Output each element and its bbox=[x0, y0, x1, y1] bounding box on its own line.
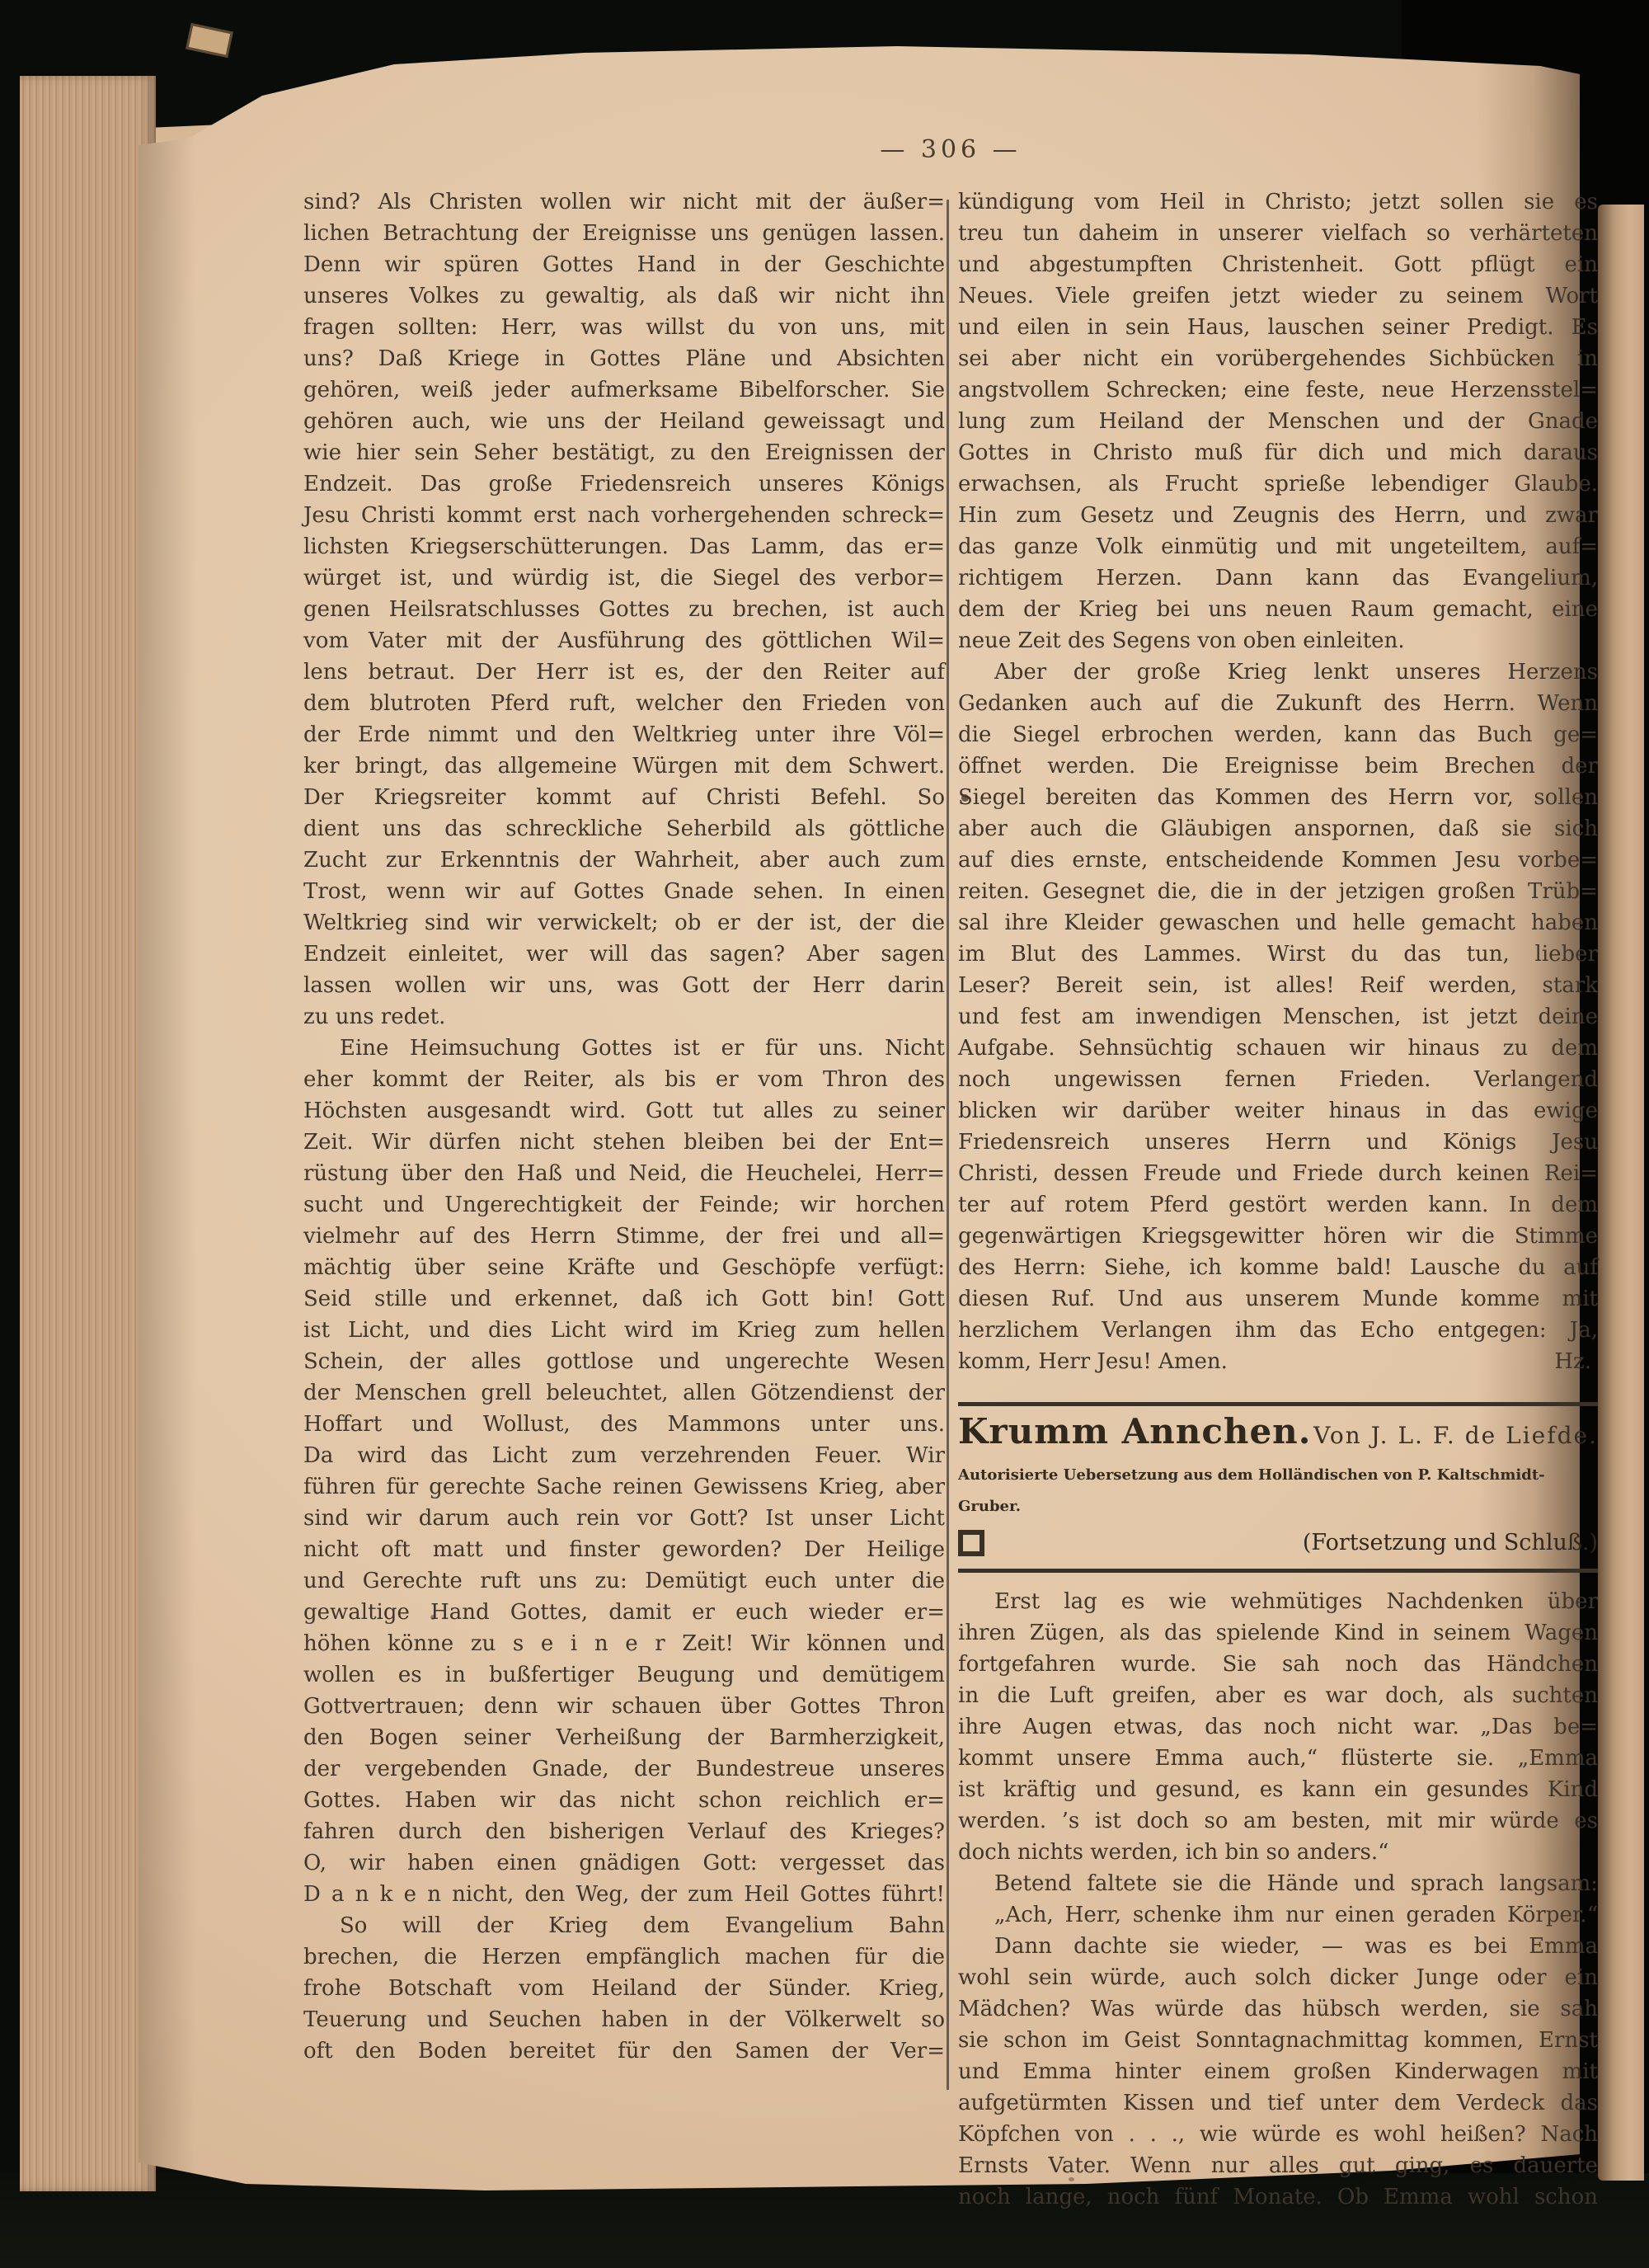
text-line: fortgefahren wurde. Sie sah noch das Hän… bbox=[958, 1649, 1598, 1680]
paragraph: Aber der große Krieg lenkt unseres Herze… bbox=[958, 656, 1598, 1377]
text-line: und abgestumpften Christenheit. Gott pfl… bbox=[958, 249, 1598, 280]
text-line: diesen Ruf. Und aus unserem Munde komme … bbox=[958, 1283, 1598, 1315]
text-line: Erst lag es wie wehmütiges Nachdenken üb… bbox=[958, 1586, 1598, 1617]
right-column: kündigung vom Heil in Christo; jetzt sol… bbox=[958, 186, 1598, 2213]
text-line: sind? Als Christen wollen wir nicht mit … bbox=[303, 186, 945, 218]
text-line: auf dies ernste, entscheidende Kommen Je… bbox=[958, 845, 1598, 876]
text-line: herzlichem Verlangen ihm das Echo entgeg… bbox=[958, 1315, 1598, 1346]
text-line: kündigung vom Heil in Christo; jetzt sol… bbox=[958, 186, 1598, 218]
text-line: kommt unsere Emma auch,“ flüsterte sie. … bbox=[958, 1743, 1598, 1774]
text-line: O, wir haben einen gnädigen Gott: verges… bbox=[303, 1847, 945, 1879]
text-line: unseres Volkes zu gewaltig, als daß wir … bbox=[303, 280, 945, 312]
text-line: mächtig über seine Kräfte und Geschöpfe … bbox=[303, 1252, 945, 1283]
text-line: Schein, der alles gottlose und ungerecht… bbox=[303, 1346, 945, 1377]
adjacent-page-edge bbox=[1598, 205, 1644, 2181]
text-line: Weltkrieg sind wir verwickelt; ob er der… bbox=[303, 907, 945, 939]
text-line: Zucht zur Erkenntnis der Wahrheit, aber … bbox=[303, 845, 945, 876]
left-column: sind? Als Christen wollen wir nicht mit … bbox=[303, 186, 945, 2067]
text-line: ihre Augen etwas, das noch nicht war. „D… bbox=[958, 1711, 1598, 1743]
text-line: im Blut des Lammes. Wirst du das tun, li… bbox=[958, 939, 1598, 970]
text-line: sie schon im Geist Sonntagnachmittag kom… bbox=[958, 2025, 1598, 2056]
text-line: und eilen in sein Haus, lauschen seiner … bbox=[958, 312, 1598, 343]
text-line: fahren durch den bisherigen Verlauf des … bbox=[303, 1816, 945, 1847]
text-line: noch lange, noch fünf Monate. Ob Emma wo… bbox=[958, 2181, 1598, 2213]
text-line: Jesu Christi kommt erst nach vorhergehen… bbox=[303, 500, 945, 531]
text-line: Eine Heimsuchung Gottes ist er für uns. … bbox=[303, 1033, 945, 1064]
text-line: Köpfchen von . . ., wie würde es wohl he… bbox=[958, 2119, 1598, 2150]
text-line: Hin zum Gesetz und Zeugnis des Herrn, un… bbox=[958, 500, 1598, 531]
text-line: nicht oft matt und finster geworden? Der… bbox=[303, 1534, 945, 1565]
text-line: dient uns das schreckliche Seherbild als… bbox=[303, 813, 945, 845]
text-line: Gedanken auch auf die Zukunft des Herrn.… bbox=[958, 688, 1598, 719]
author-initials: Hz. bbox=[1554, 1346, 1598, 1377]
text-line: zu uns redet. bbox=[303, 1001, 945, 1033]
text-line: Teuerung und Seuchen haben in der Völker… bbox=[303, 2004, 945, 2035]
text-line: der Erde nimmt und den Weltkrieg unter i… bbox=[303, 719, 945, 751]
text-line: noch ungewissen fernen Frieden. Verlange… bbox=[958, 1064, 1598, 1095]
text-line: oft den Boden bereitet für den Samen der… bbox=[303, 2035, 945, 2067]
column-divider-rule bbox=[947, 200, 949, 2090]
text-line: Aufgabe. Sehnsüchtig schauen wir hinaus … bbox=[958, 1033, 1598, 1064]
text-line: brechen, die Herzen empfänglich machen f… bbox=[303, 1941, 945, 1973]
closing-words: komm, Herr Jesu! Amen. bbox=[958, 1346, 1228, 1377]
text-line: ist kräftig und gesund, es kann ein gesu… bbox=[958, 1774, 1598, 1805]
text-line: frohe Botschaft vom Heiland der Sünder. … bbox=[303, 1973, 945, 2004]
paragraph: Dann dachte sie wieder, — was es bei Emm… bbox=[958, 1931, 1598, 2213]
text-line: eher kommt der Reiter, als bis er vom Th… bbox=[303, 1064, 945, 1095]
paragraph: Erst lag es wie wehmütiges Nachdenken üb… bbox=[958, 1586, 1598, 1868]
text-line: ihren Zügen, als das spielende Kind in s… bbox=[958, 1617, 1598, 1649]
story-heading-block: Krumm Annchen. Von J. L. F. de Liefde. A… bbox=[958, 1402, 1598, 1573]
text-line: Höchsten ausgesandt wird. Gott tut alles… bbox=[303, 1095, 945, 1127]
text-line: aufgetürmten Kissen und tief unter dem V… bbox=[958, 2087, 1598, 2119]
text-line: und fest am inwendigen Menschen, ist jet… bbox=[958, 1001, 1598, 1033]
text-line: höhen könne zu s e i n e r Zeit! Wir kön… bbox=[303, 1628, 945, 1659]
text-line: blicken wir darüber weiter hinaus in das… bbox=[958, 1095, 1598, 1127]
text-line: angstvollem Schrecken; eine feste, neue … bbox=[958, 374, 1598, 406]
story-translation-note: Autorisierte Uebersetzung aus dem Hollän… bbox=[958, 1460, 1598, 1522]
text-line: doch nichts werden, ich bin so anders.“ bbox=[958, 1837, 1598, 1868]
text-line: Seid stille und erkennet, daß ich Gott b… bbox=[303, 1283, 945, 1315]
paragraph: Betend faltete sie die Hände und sprach … bbox=[958, 1868, 1598, 1899]
text-line: ter auf rotem Pferd gestört werden kann.… bbox=[958, 1189, 1598, 1221]
text-line: Gottes. Haben wir das nicht schon reichl… bbox=[303, 1785, 945, 1816]
text-line: Zeit. Wir dürfen nicht stehen bleiben be… bbox=[303, 1127, 945, 1158]
text-line: Christi, dessen Freude und Friede durch … bbox=[958, 1158, 1598, 1189]
text-line: werden. ’s ist doch so am besten, mit mi… bbox=[958, 1805, 1598, 1837]
story-continuation-row: (Fortsetzung und Schluß.) bbox=[958, 1527, 1598, 1559]
text-line: gewaltige Hand Gottes, damit er euch wie… bbox=[303, 1597, 945, 1628]
story-column: Erst lag es wie wehmütiges Nachdenken üb… bbox=[958, 1586, 1598, 2213]
text-line: und Gerechte ruft uns zu: Demütigt euch … bbox=[303, 1565, 945, 1597]
right-column-top: kündigung vom Heil in Christo; jetzt sol… bbox=[958, 186, 1598, 1377]
text-line: reiten. Gesegnet die, die in der jetzige… bbox=[958, 876, 1598, 907]
text-line: führen für gerechte Sache reinen Gewisse… bbox=[303, 1471, 945, 1503]
scanned-page: — 306 — sind? Als Christen wollen wir ni… bbox=[0, 0, 1649, 2268]
text-line: rüstung über den Haß und Neid, die Heuch… bbox=[303, 1158, 945, 1189]
text-line: richtigem Herzen. Dann kann das Evangeli… bbox=[958, 562, 1598, 594]
text-line: Betend faltete sie die Hände und sprach … bbox=[958, 1868, 1598, 1899]
text-line: Der Kriegsreiter kommt auf Christi Befeh… bbox=[303, 782, 945, 813]
text-line: gehören, weiß jeder aufmerksame Bibelfor… bbox=[303, 374, 945, 406]
text-line: lassen wollen wir uns, was Gott der Herr… bbox=[303, 970, 945, 1001]
text-line: dem blutroten Pferd ruft, welcher den Fr… bbox=[303, 688, 945, 719]
paragraph: „Ach, Herr, schenke ihm nur einen gerade… bbox=[958, 1899, 1598, 1931]
text-line: sucht und Ungerechtigkeit der Feinde; wi… bbox=[303, 1189, 945, 1221]
text-line: Siegel bereiten das Kommen des Herrn vor… bbox=[958, 782, 1598, 813]
text-line: das ganze Volk einmütig und mit ungeteil… bbox=[958, 531, 1598, 562]
story-byline: Von J. L. F. de Liefde. bbox=[1313, 1420, 1598, 1452]
text-line: Gottes in Christo muß für dich und mich … bbox=[958, 437, 1598, 468]
gutter-shadow bbox=[139, 46, 196, 2190]
text-line: treu tun daheim in unserer vielfach so v… bbox=[958, 218, 1598, 249]
paragraph: sind? Als Christen wollen wir nicht mit … bbox=[303, 186, 945, 1033]
text-line: ist Licht, und dies Licht wird im Krieg … bbox=[303, 1315, 945, 1346]
paragraph: Eine Heimsuchung Gottes ist er für uns. … bbox=[303, 1033, 945, 1910]
text-line: Endzeit. Das große Friedensreich unseres… bbox=[303, 468, 945, 500]
text-line: Denn wir spüren Gottes Hand in der Gesch… bbox=[303, 249, 945, 280]
text-line: lichen Betrachtung der Ereignisse uns ge… bbox=[303, 218, 945, 249]
text-line: Friedensreich unseres Herrn und Königs J… bbox=[958, 1127, 1598, 1158]
text-line: „Ach, Herr, schenke ihm nur einen gerade… bbox=[958, 1899, 1598, 1931]
text-line: Neues. Viele greifen jetzt wieder zu sei… bbox=[958, 280, 1598, 312]
text-line: Da wird das Licht zum verzehrenden Feuer… bbox=[303, 1440, 945, 1471]
text-line: erwachsen, als Frucht sprieße lebendiger… bbox=[958, 468, 1598, 500]
text-line: dem der Krieg bei uns neuen Raum gemacht… bbox=[958, 594, 1598, 625]
text-line: der vergebenden Gnade, der Bundestreue u… bbox=[303, 1753, 945, 1785]
paragraph: kündigung vom Heil in Christo; jetzt sol… bbox=[958, 186, 1598, 656]
text-line: Leser? Bereit sein, ist alles! Reif werd… bbox=[958, 970, 1598, 1001]
text-line: der Menschen grell beleuchtet, allen Göt… bbox=[303, 1377, 945, 1409]
text-line: wollen es in bußfertiger Beugung und dem… bbox=[303, 1659, 945, 1691]
text-line: wie hier sein Seher bestätigt, zu den Er… bbox=[303, 437, 945, 468]
text-line: des Herrn: Siehe, ich komme bald! Lausch… bbox=[958, 1252, 1598, 1283]
text-line: und Emma hinter einem großen Kinderwagen… bbox=[958, 2056, 1598, 2087]
text-line: den Bogen seiner Verheißung der Barmherz… bbox=[303, 1722, 945, 1753]
page-number: — 306 — bbox=[802, 135, 1099, 164]
text-line: Hoffart und Wollust, des Mammons unter u… bbox=[303, 1409, 945, 1440]
paragraph: So will der Krieg dem Evangelium Bahnbre… bbox=[303, 1910, 945, 2067]
story-continuation-note: (Fortsetzung und Schluß.) bbox=[1303, 1527, 1598, 1559]
text-line: lens betraut. Der Herr ist es, der den R… bbox=[303, 656, 945, 688]
text-line: Dann dachte sie wieder, — was es bei Emm… bbox=[958, 1931, 1598, 1962]
text-line: sei aber nicht ein vorübergehendes Sichb… bbox=[958, 343, 1598, 374]
text-line: gehören auch, wie uns der Heiland geweis… bbox=[303, 406, 945, 437]
text-line: fragen sollten: Herr, was willst du von … bbox=[303, 312, 945, 343]
story-title: Krumm Annchen. bbox=[958, 1416, 1311, 1447]
text-line: uns? Daß Kriege in Gottes Pläne und Absi… bbox=[303, 343, 945, 374]
text-line: die Siegel erbrochen werden, kann das Bu… bbox=[958, 719, 1598, 751]
text-line: vom Vater mit der Ausführung des göttlic… bbox=[303, 625, 945, 656]
text-line: lung zum Heiland der Menschen und der Gn… bbox=[958, 406, 1598, 437]
text-line: sind wir darum auch rein vor Gott? Ist u… bbox=[303, 1503, 945, 1534]
text-line: Aber der große Krieg lenkt unseres Herze… bbox=[958, 656, 1598, 688]
text-line: So will der Krieg dem Evangelium Bahn bbox=[303, 1910, 945, 1941]
text-line: gegenwärtigen Kriegsgewitter hören wir d… bbox=[958, 1221, 1598, 1252]
signature-line: komm, Herr Jesu! Amen.Hz. bbox=[958, 1346, 1598, 1377]
text-line: in die Luft greifen, aber es war doch, a… bbox=[958, 1680, 1598, 1711]
text-line: aber auch die Gläubigen anspornen, daß s… bbox=[958, 813, 1598, 845]
text-line: sal ihre Kleider gewaschen und helle gem… bbox=[958, 907, 1598, 939]
text-line: Trost, wenn wir auf Gottes Gnade sehen. … bbox=[303, 876, 945, 907]
text-line: genen Heilsratschlusses Gottes zu breche… bbox=[303, 594, 945, 625]
text-line: Endzeit einleitet, wer will das sagen? A… bbox=[303, 939, 945, 970]
text-line: öffnet werden. Die Ereignisse beim Brech… bbox=[958, 751, 1598, 782]
text-line: vielmehr auf des Herrn Stimme, der frei … bbox=[303, 1221, 945, 1252]
text-line: Mädchen? Was würde das hübsch werden, si… bbox=[958, 1993, 1598, 2025]
text-line: D a n k e n nicht, den Weg, der zum Heil… bbox=[303, 1879, 945, 1910]
text-line: Gottvertrauen; denn wir schauen über Got… bbox=[303, 1691, 945, 1722]
text-line: wohl sein würde, auch solch dicker Junge… bbox=[958, 1962, 1598, 1993]
story-heading-row: Krumm Annchen. Von J. L. F. de Liefde. bbox=[958, 1416, 1598, 1452]
text-line: neue Zeit des Segens von oben einleiten. bbox=[958, 625, 1598, 656]
text-line: ker bringt, das allgemeine Würgen mit de… bbox=[303, 751, 945, 782]
section-marker-box-icon bbox=[958, 1530, 984, 1556]
page-edge-stack bbox=[20, 76, 156, 2191]
text-line: Ernsts Vater. Wenn nur alles gut ging, e… bbox=[958, 2150, 1598, 2181]
text-line: lichsten Kriegserschütterungen. Das Lamm… bbox=[303, 531, 945, 562]
text-line: würget ist, und würdig ist, die Siegel d… bbox=[303, 562, 945, 594]
